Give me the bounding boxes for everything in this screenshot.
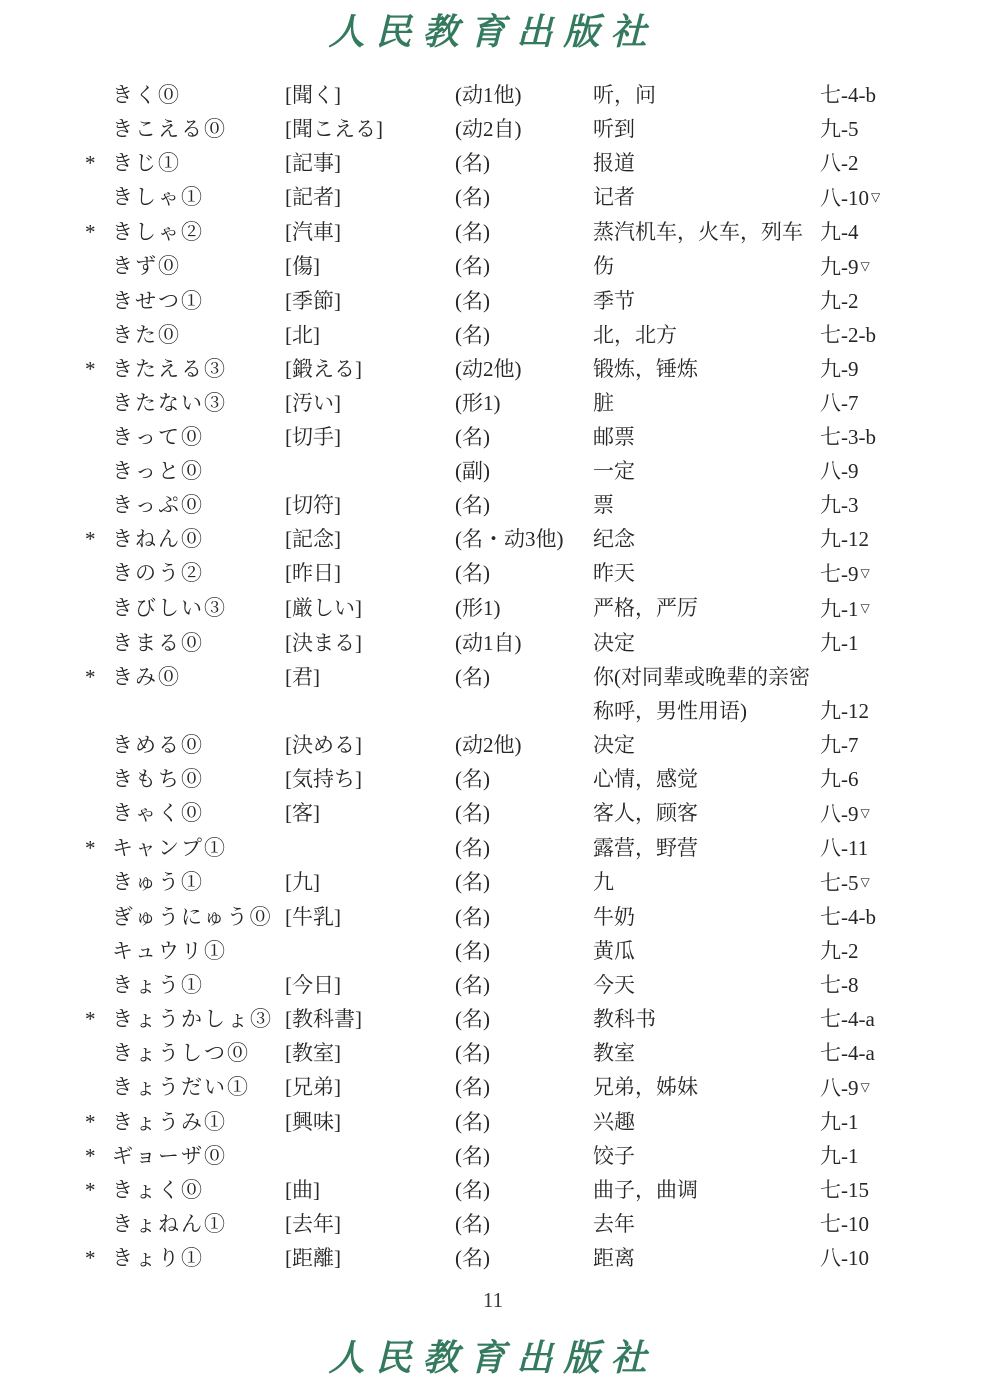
star-marker: *	[85, 1173, 112, 1207]
word-kana: きく⓪	[112, 78, 285, 112]
vocab-row: きょねん①[去年](名)去年七-10	[85, 1207, 955, 1241]
word-part-of-speech: (名)	[455, 934, 593, 968]
word-kana: きじ①	[112, 146, 285, 180]
publisher-logo-header: 人民教育出版社	[0, 4, 986, 55]
vocab-list: きく⓪[聞く](动1他)听，问七-4-bきこえる⓪[聞こえる](动2自)听到九-…	[85, 78, 955, 1275]
lesson-ref: 七-10	[820, 1207, 955, 1241]
lesson-ref-text: 九-4	[820, 220, 859, 244]
meaning-line: 距离	[593, 1241, 820, 1275]
meaning-line: 你(对同辈或晚辈的亲密	[593, 660, 820, 694]
word-kanji: [気持ち]	[285, 762, 455, 796]
vocab-row: きって⓪[切手](名)邮票七-3-b	[85, 420, 955, 454]
word-part-of-speech: (形1)	[455, 386, 593, 420]
meaning-line: 锻炼，锤炼	[593, 352, 820, 386]
vocab-row: きっと⓪(副)一定八-9	[85, 454, 955, 488]
word-kanji: [聞く]	[285, 78, 455, 112]
word-kana: きもち⓪	[112, 762, 285, 796]
lesson-ref-text: 九-6	[820, 767, 859, 791]
lesson-ref-text: 八-9	[820, 459, 859, 483]
word-part-of-speech: (动2他)	[455, 728, 593, 762]
word-part-of-speech: (名)	[455, 1105, 593, 1139]
meaning-line: 票	[593, 488, 820, 522]
word-meaning: 今天	[593, 968, 820, 1002]
meaning-line: 听，问	[593, 78, 820, 112]
vocab-row: キュウリ①(名)黄瓜九-2	[85, 934, 955, 968]
word-kana: ぎゅうにゅう⓪	[112, 900, 285, 934]
word-kana: きょねん①	[112, 1207, 285, 1241]
lesson-ref-text: 七-10	[820, 1212, 869, 1236]
word-kana: きめる⓪	[112, 728, 285, 762]
meaning-line: 兄弟，姊妹	[593, 1070, 820, 1104]
word-part-of-speech: (名)	[455, 284, 593, 318]
vocab-row: *きみ⓪[君](名)你(对同辈或晚辈的亲密称呼，男性用语)九-12	[85, 660, 955, 728]
word-part-of-speech: (名)	[455, 420, 593, 454]
word-meaning: 严格，严厉	[593, 591, 820, 625]
vocab-row: *きしゃ②[汽車](名)蒸汽机车，火车，列车九-4	[85, 215, 955, 249]
word-meaning: 伤	[593, 249, 820, 283]
meaning-line: 今天	[593, 968, 820, 1002]
lesson-ref: 七-15	[820, 1173, 955, 1207]
word-kana: キャンプ①	[112, 831, 285, 865]
triangle-mark: ▽	[861, 875, 870, 889]
lesson-ref-text: 九-1	[820, 597, 859, 621]
star-marker: *	[85, 215, 112, 249]
vocab-row: *きょうみ①[興味](名)兴趣九-1	[85, 1105, 955, 1139]
lesson-ref: 九-3	[820, 488, 955, 522]
word-part-of-speech: (名)	[455, 1139, 593, 1173]
meaning-line: 伤	[593, 249, 820, 283]
lesson-ref: 八-10▽	[820, 180, 955, 215]
page-number: 11	[0, 1288, 986, 1313]
lesson-ref: 七-4-b	[820, 900, 955, 934]
word-meaning: 客人，顾客	[593, 796, 820, 830]
word-part-of-speech: (名)	[455, 318, 593, 352]
vocab-row: きず⓪[傷](名)伤九-9▽	[85, 249, 955, 284]
lesson-ref: 七-9▽	[820, 556, 955, 591]
lesson-ref: 八-9	[820, 454, 955, 488]
word-part-of-speech: (名)	[455, 968, 593, 1002]
vocab-row: きょうしつ⓪[教室](名)教室七-4-a	[85, 1036, 955, 1070]
word-meaning: 听到	[593, 112, 820, 146]
word-part-of-speech: (副)	[455, 454, 593, 488]
lesson-ref-text: 七-4-b	[820, 83, 876, 107]
meaning-line: 纪念	[593, 522, 820, 556]
word-part-of-speech: (名)	[455, 1207, 593, 1241]
lesson-ref: 九-1	[820, 626, 955, 660]
lesson-ref-text: 九-1	[820, 1144, 859, 1168]
document-page: 人民教育出版社 きく⓪[聞く](动1他)听，问七-4-bきこえる⓪[聞こえる](…	[0, 0, 986, 1388]
word-part-of-speech: (名)	[455, 1002, 593, 1036]
meaning-line: 记者	[593, 180, 820, 214]
meaning-line: 兴趣	[593, 1105, 820, 1139]
lesson-ref-text: 七-3-b	[820, 425, 876, 449]
word-part-of-speech: (动1自)	[455, 626, 593, 660]
meaning-line: 脏	[593, 386, 820, 420]
word-meaning: 教室	[593, 1036, 820, 1070]
vocab-row: きく⓪[聞く](动1他)听，问七-4-b	[85, 78, 955, 112]
lesson-ref-text: 八-2	[820, 151, 859, 175]
lesson-ref-text: 八-9	[820, 802, 859, 826]
word-kanji: [今日]	[285, 968, 455, 1002]
lesson-ref-text: 八-10	[820, 186, 869, 210]
star-marker: *	[85, 1105, 112, 1139]
lesson-ref: 九-5	[820, 112, 955, 146]
word-meaning: 距离	[593, 1241, 820, 1275]
meaning-line: 饺子	[593, 1139, 820, 1173]
lesson-ref: 九-9▽	[820, 249, 955, 284]
lesson-ref-text: 九-12	[820, 527, 869, 551]
vocab-row: きっぷ⓪[切符](名)票九-3	[85, 488, 955, 522]
lesson-ref: 七-4-a	[820, 1002, 955, 1036]
lesson-ref: 八-10	[820, 1241, 955, 1275]
lesson-ref: 八-11	[820, 831, 955, 865]
lesson-ref-text: 七-4-a	[820, 1041, 875, 1065]
lesson-ref-text: 八-11	[820, 836, 868, 860]
word-kana: きっと⓪	[112, 454, 285, 488]
word-part-of-speech: (名)	[455, 796, 593, 830]
word-meaning: 邮票	[593, 420, 820, 454]
word-meaning: 锻炼，锤炼	[593, 352, 820, 386]
word-part-of-speech: (动1他)	[455, 78, 593, 112]
word-meaning: 兴趣	[593, 1105, 820, 1139]
word-kanji: [距離]	[285, 1241, 455, 1275]
word-part-of-speech: (名)	[455, 865, 593, 899]
word-part-of-speech: (名)	[455, 1241, 593, 1275]
word-part-of-speech: (名)	[455, 556, 593, 590]
word-meaning: 黄瓜	[593, 934, 820, 968]
vocab-row: *きねん⓪[記念](名・动3他)纪念九-12	[85, 522, 955, 556]
vocab-row: きのう②[昨日](名)昨天七-9▽	[85, 556, 955, 591]
vocab-row: きしゃ①[記者](名)记者八-10▽	[85, 180, 955, 215]
vocab-row: *きょり①[距離](名)距离八-10	[85, 1241, 955, 1275]
lesson-ref-text: 八-10	[820, 1246, 869, 1270]
lesson-ref: 七-2-b	[820, 318, 955, 352]
lesson-ref-text: 九-1	[820, 1110, 859, 1134]
meaning-line: 教科书	[593, 1002, 820, 1036]
lesson-ref-text: 九-1	[820, 631, 859, 655]
meaning-line: 曲子，曲调	[593, 1173, 820, 1207]
word-kana: きょうかしょ③	[112, 1002, 285, 1036]
meaning-line: 黄瓜	[593, 934, 820, 968]
vocab-row: きめる⓪[決める](动2他)决定九-7	[85, 728, 955, 762]
word-meaning: 兄弟，姊妹	[593, 1070, 820, 1104]
word-kana: きって⓪	[112, 420, 285, 454]
word-part-of-speech: (名)	[455, 660, 593, 694]
word-meaning: 听，问	[593, 78, 820, 112]
word-kanji: [君]	[285, 660, 455, 694]
lesson-ref: 七-4-a	[820, 1036, 955, 1070]
word-kana: きっぷ⓪	[112, 488, 285, 522]
vocab-row: きもち⓪[気持ち](名)心情，感觉九-6	[85, 762, 955, 796]
word-kana: きょく⓪	[112, 1173, 285, 1207]
meaning-line: 邮票	[593, 420, 820, 454]
word-kanji: [決める]	[285, 728, 455, 762]
meaning-line: 心情，感觉	[593, 762, 820, 796]
lesson-ref: 八-2	[820, 146, 955, 180]
word-kana: きせつ①	[112, 284, 285, 318]
star-marker: *	[85, 146, 112, 180]
lesson-ref-text: 九-5	[820, 117, 859, 141]
lesson-ref: 七-8	[820, 968, 955, 1002]
vocab-row: きた⓪[北](名)北，北方七-2-b	[85, 318, 955, 352]
word-kana: きず⓪	[112, 249, 285, 283]
meaning-line: 季节	[593, 284, 820, 318]
word-part-of-speech: (名)	[455, 1173, 593, 1207]
lesson-ref: 八-9▽	[820, 1070, 955, 1105]
star-marker: *	[85, 352, 112, 386]
word-kanji: [去年]	[285, 1207, 455, 1241]
word-kana: きた⓪	[112, 318, 285, 352]
word-kana: きみ⓪	[112, 660, 285, 694]
word-kana: きょうだい①	[112, 1070, 285, 1104]
word-kana: きょり①	[112, 1241, 285, 1275]
word-meaning: 昨天	[593, 556, 820, 590]
word-kanji: [昨日]	[285, 556, 455, 590]
vocab-row: きたない③[汚い](形1)脏八-7	[85, 386, 955, 420]
word-part-of-speech: (名)	[455, 1036, 593, 1070]
word-kanji: [季節]	[285, 284, 455, 318]
lesson-ref: 九-2	[820, 284, 955, 318]
lesson-ref-text: 九-3	[820, 493, 859, 517]
word-meaning: 牛奶	[593, 900, 820, 934]
word-kanji: [興味]	[285, 1105, 455, 1139]
lesson-ref: 九-1	[820, 1139, 955, 1173]
meaning-line: 昨天	[593, 556, 820, 590]
word-part-of-speech: (形1)	[455, 591, 593, 625]
vocab-row: きこえる⓪[聞こえる](动2自)听到九-5	[85, 112, 955, 146]
meaning-line: 牛奶	[593, 900, 820, 934]
word-meaning: 决定	[593, 728, 820, 762]
word-meaning: 记者	[593, 180, 820, 214]
lesson-ref: 七-3-b	[820, 420, 955, 454]
word-kanji: [記事]	[285, 146, 455, 180]
word-kanji: [汚い]	[285, 386, 455, 420]
lesson-ref: 九-7	[820, 728, 955, 762]
lesson-ref-text: 九-9	[820, 255, 859, 279]
vocab-row: きょう①[今日](名)今天七-8	[85, 968, 955, 1002]
lesson-ref-text: 九-2	[820, 939, 859, 963]
lesson-ref-text: 九-9	[820, 357, 859, 381]
lesson-ref-text: 七-8	[820, 973, 859, 997]
word-kanji: [決まる]	[285, 626, 455, 660]
vocab-row: きせつ①[季節](名)季节九-2	[85, 284, 955, 318]
word-meaning: 曲子，曲调	[593, 1173, 820, 1207]
vocab-row: きゃく⓪[客](名)客人，顾客八-9▽	[85, 796, 955, 831]
meaning-line: 露营，野营	[593, 831, 820, 865]
word-part-of-speech: (名)	[455, 1070, 593, 1104]
word-kanji: [北]	[285, 318, 455, 352]
word-kanji: [記者]	[285, 180, 455, 214]
star-marker: *	[85, 831, 112, 865]
meaning-line: 称呼，男性用语)	[593, 694, 820, 728]
word-part-of-speech: (名)	[455, 900, 593, 934]
word-meaning: 脏	[593, 386, 820, 420]
star-marker: *	[85, 660, 112, 694]
word-part-of-speech: (名・动3他)	[455, 522, 593, 556]
lesson-ref: 九-9	[820, 352, 955, 386]
lesson-ref: 九-1▽	[820, 591, 955, 626]
vocab-row: きびしい③[厳しい](形1)严格，严厉九-1▽	[85, 591, 955, 626]
word-part-of-speech: (名)	[455, 180, 593, 214]
word-kana: きしゃ①	[112, 180, 285, 214]
word-kanji: [傷]	[285, 249, 455, 283]
lesson-ref: 九-2	[820, 934, 955, 968]
word-kana: きびしい③	[112, 591, 285, 625]
word-part-of-speech: (名)	[455, 831, 593, 865]
vocab-row: *きょうかしょ③[教科書](名)教科书七-4-a	[85, 1002, 955, 1036]
word-kanji: [教室]	[285, 1036, 455, 1070]
triangle-mark: ▽	[861, 806, 870, 820]
meaning-line: 九	[593, 865, 820, 899]
meaning-line: 客人，顾客	[593, 796, 820, 830]
word-kana: きょうみ①	[112, 1105, 285, 1139]
word-meaning: 教科书	[593, 1002, 820, 1036]
publisher-logo-footer: 人民教育出版社	[0, 1330, 986, 1381]
word-kanji: [記念]	[285, 522, 455, 556]
word-meaning: 露营，野营	[593, 831, 820, 865]
word-kanji: [教科書]	[285, 1002, 455, 1036]
lesson-ref-text: 七-4-a	[820, 1007, 875, 1031]
word-kanji: [汽車]	[285, 215, 455, 249]
lesson-ref: 八-9▽	[820, 796, 955, 831]
vocab-row: *きじ①[記事](名)报道八-2	[85, 146, 955, 180]
meaning-line: 去年	[593, 1207, 820, 1241]
word-meaning: 你(对同辈或晚辈的亲密称呼，男性用语)	[593, 660, 820, 728]
lesson-ref-text: 八-9	[820, 1076, 859, 1100]
lesson-ref: 九-1	[820, 1105, 955, 1139]
lesson-ref-text: 七-2-b	[820, 323, 876, 347]
word-meaning: 去年	[593, 1207, 820, 1241]
vocab-row: *ギョーザ⓪(名)饺子九-1	[85, 1139, 955, 1173]
word-meaning: 一定	[593, 454, 820, 488]
star-marker: *	[85, 1002, 112, 1036]
word-kana: きょう①	[112, 968, 285, 1002]
meaning-line: 严格，严厉	[593, 591, 820, 625]
meaning-line: 决定	[593, 626, 820, 660]
word-meaning: 票	[593, 488, 820, 522]
word-part-of-speech: (动2他)	[455, 352, 593, 386]
word-kana: きのう②	[112, 556, 285, 590]
word-meaning: 饺子	[593, 1139, 820, 1173]
star-marker: *	[85, 522, 112, 556]
triangle-mark: ▽	[871, 190, 880, 204]
lesson-ref-text: 七-15	[820, 1178, 869, 1202]
word-kanji: [切符]	[285, 488, 455, 522]
star-marker: *	[85, 1139, 112, 1173]
word-kana: きこえる⓪	[112, 112, 285, 146]
lesson-ref-text: 九-2	[820, 289, 859, 313]
meaning-line: 决定	[593, 728, 820, 762]
triangle-mark: ▽	[861, 566, 870, 580]
word-kanji: [牛乳]	[285, 900, 455, 934]
word-kana: ギョーザ⓪	[112, 1139, 285, 1173]
meaning-line: 教室	[593, 1036, 820, 1070]
meaning-line: 北，北方	[593, 318, 820, 352]
word-meaning: 纪念	[593, 522, 820, 556]
triangle-mark: ▽	[861, 1080, 870, 1094]
word-part-of-speech: (名)	[455, 762, 593, 796]
word-meaning: 蒸汽机车，火车，列车	[593, 215, 820, 249]
word-kanji: [兄弟]	[285, 1070, 455, 1104]
lesson-ref-text: 七-4-b	[820, 905, 876, 929]
vocab-row: *きょく⓪[曲](名)曲子，曲调七-15	[85, 1173, 955, 1207]
word-kana: きねん⓪	[112, 522, 285, 556]
vocab-row: きまる⓪[決まる](动1自)决定九-1	[85, 626, 955, 660]
lesson-ref-text: 七-9	[820, 562, 859, 586]
word-kana: きしゃ②	[112, 215, 285, 249]
vocab-row: *キャンプ①(名)露营，野营八-11	[85, 831, 955, 865]
lesson-ref: 九-12	[820, 522, 955, 556]
word-kanji: [曲]	[285, 1173, 455, 1207]
word-kanji: [鍛える]	[285, 352, 455, 386]
word-kana: きたない③	[112, 386, 285, 420]
word-kanji: [客]	[285, 796, 455, 830]
word-kana: きゅう①	[112, 865, 285, 899]
word-kana: きょうしつ⓪	[112, 1036, 285, 1070]
meaning-line: 报道	[593, 146, 820, 180]
word-part-of-speech: (名)	[455, 488, 593, 522]
vocab-row: きょうだい①[兄弟](名)兄弟，姊妹八-9▽	[85, 1070, 955, 1105]
word-meaning: 决定	[593, 626, 820, 660]
vocab-row: ぎゅうにゅう⓪[牛乳](名)牛奶七-4-b	[85, 900, 955, 934]
lesson-ref-text: 七-5	[820, 871, 859, 895]
lesson-ref: 九-4	[820, 215, 955, 249]
word-meaning: 心情，感觉	[593, 762, 820, 796]
word-meaning: 北，北方	[593, 318, 820, 352]
vocab-row: きゅう①[九](名)九七-5▽	[85, 865, 955, 900]
word-part-of-speech: (名)	[455, 215, 593, 249]
triangle-mark: ▽	[861, 601, 870, 615]
meaning-line: 蒸汽机车，火车，列车	[593, 215, 820, 249]
star-marker: *	[85, 1241, 112, 1275]
word-part-of-speech: (名)	[455, 249, 593, 283]
word-kana: きたえる③	[112, 352, 285, 386]
lesson-ref-text: 九-12	[820, 699, 869, 723]
word-kanji: [九]	[285, 865, 455, 899]
word-part-of-speech: (名)	[455, 146, 593, 180]
meaning-line: 一定	[593, 454, 820, 488]
word-kana: キュウリ①	[112, 934, 285, 968]
lesson-ref: 九-6	[820, 762, 955, 796]
meaning-line: 听到	[593, 112, 820, 146]
triangle-mark: ▽	[861, 259, 870, 273]
lesson-ref: 八-7	[820, 386, 955, 420]
word-meaning: 九	[593, 865, 820, 899]
vocab-row: *きたえる③[鍛える](动2他)锻炼，锤炼九-9	[85, 352, 955, 386]
word-kana: きまる⓪	[112, 626, 285, 660]
lesson-ref: 七-5▽	[820, 865, 955, 900]
word-meaning: 报道	[593, 146, 820, 180]
lesson-ref-text: 九-7	[820, 733, 859, 757]
lesson-ref: 七-4-b	[820, 78, 955, 112]
word-meaning: 季节	[593, 284, 820, 318]
word-kanji: [聞こえる]	[285, 112, 455, 146]
lesson-ref-text: 八-7	[820, 391, 859, 415]
word-kana: きゃく⓪	[112, 796, 285, 830]
word-part-of-speech: (动2自)	[455, 112, 593, 146]
word-kanji: [切手]	[285, 420, 455, 454]
word-kanji: [厳しい]	[285, 591, 455, 625]
lesson-ref: 九-12	[820, 694, 955, 728]
